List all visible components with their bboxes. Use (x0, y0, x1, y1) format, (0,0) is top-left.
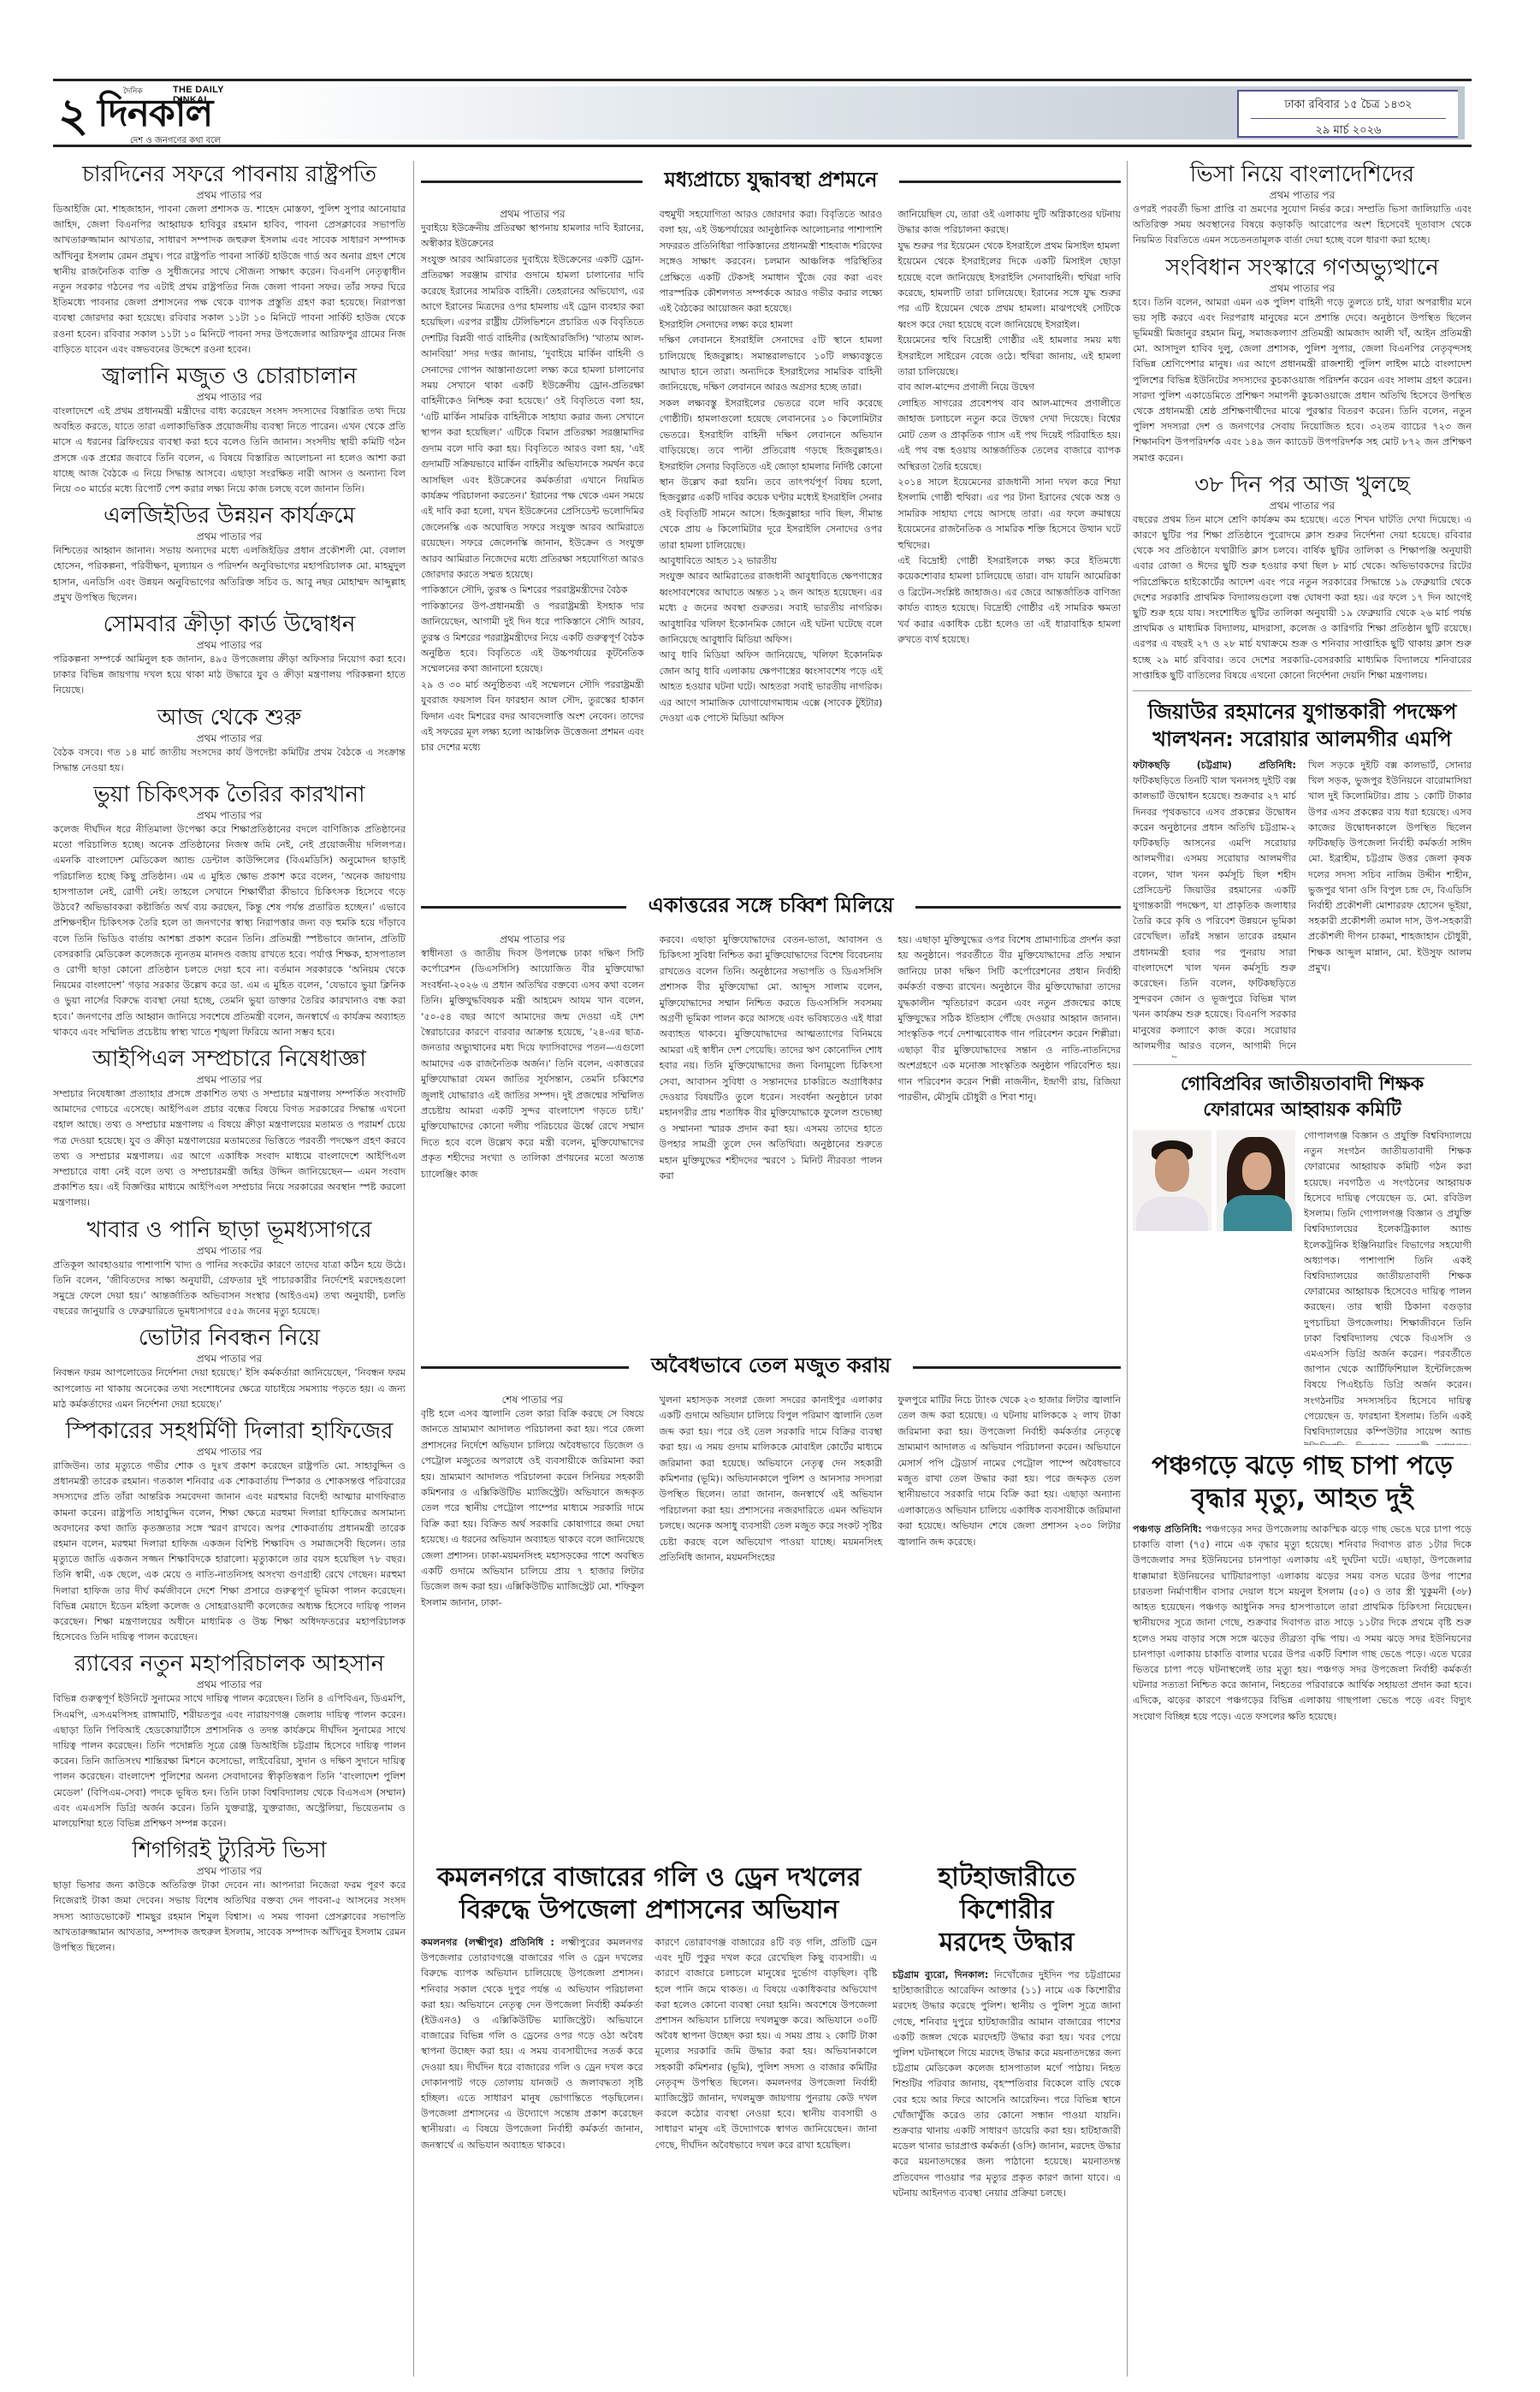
portrait-photo-man (1133, 1130, 1211, 1231)
story-hathazari: হাটহাজারীতে কিশোরীর মরদেহ উদ্ধার চট্টগ্র… (892, 1862, 1121, 2298)
headline: ভোটার নিবন্ধন নিয়ে (53, 1324, 406, 1352)
banner-rule (421, 1366, 629, 1369)
story-text: নিখোঁজের দুইদিন পর চট্টগ্রামের হাটহাজারী… (892, 1969, 1121, 2199)
divider (1133, 1064, 1472, 1065)
continued-label: প্রথম পাতার পর (53, 1244, 406, 1258)
story-visa-bangladeshis: ভিসা নিয়ে বাংলাদেশিদের প্রথম পাতার পর ও… (1133, 161, 1472, 249)
photo-shirt (1136, 1197, 1208, 1231)
story-body: স্বাধীনতা ও জাতীয় দিবস উপলক্ষে ঢাকা দক্… (421, 946, 644, 1182)
headline: র‍্যাবের নতুন মহাপরিচালক আহসান (53, 1650, 406, 1678)
story-middle-east: মধ্যপ্রাচ্যে যুদ্ধাবস্থা প্রশমনে প্রথম প… (421, 161, 1121, 883)
story-fuel-stock: জ্বালানি মজুত ও চোরাচালান প্রথম পাতার পর… (53, 363, 406, 497)
headline-line1: পঞ্চগড়ে ঝড়ে গাছ চাপা পড়ে (1133, 1450, 1472, 1483)
story-canal-digging: জিয়াউর রহমানের যুগান্তকারী পদক্ষেপ খালখ… (1133, 698, 1472, 1057)
continued-label: প্রথম পাতার পর (53, 808, 406, 822)
story-body: বছরের প্রথম তিন মাসে শ্রেণি কার্যক্রম কম… (1133, 512, 1472, 684)
continued-label: প্রথম পাতার পর (53, 1864, 406, 1878)
story-body: ডিআইজি মো. শাহজাহান, পাবনা জেলা প্রশাসক … (53, 202, 406, 358)
headline: সংবিধান সংস্কারে গণঅভ্যুত্থানে (1133, 254, 1472, 281)
story-rab-dg: র‍্যাবের নতুন মহাপরিচালক আহসান প্রথম পাত… (53, 1650, 406, 1832)
right-column: ভিসা নিয়ে বাংলাদেশিদের প্রথম পাতার পর ও… (1133, 161, 1472, 1809)
story-constitution-reform: সংবিধান সংস্কারে গণঅভ্যুত্থানে প্রথম পাত… (1133, 254, 1472, 466)
headline: চারদিনের সফরে পাবনায় রাষ্ট্রপতি (53, 161, 406, 188)
date-english: ২৯ মার্চ ২০২৬ (1239, 119, 1458, 140)
continued-label: প্রথম পাতার পর (53, 188, 406, 202)
column-divider (413, 161, 414, 2377)
story-body: সম্প্রচার নিষেধাজ্ঞা প্রত্যাহার প্রসঙ্গে… (53, 1086, 406, 1211)
headline: এলজিইডির উন্নয়ন কার্যক্রমে (53, 502, 406, 530)
story-mediterranean: খাবার ও পানি ছাড়া ভূমধ্যসাগরে প্রথম পাত… (53, 1217, 406, 1320)
headline-line1: জিয়াউর রহমানের যুগান্তকারী পদক্ষেপ (1133, 698, 1472, 725)
story-body: বাংলাদেশে এই প্রথম প্রধানমন্ত্রী মন্ত্রী… (53, 404, 406, 497)
story-body: ছাড়া ভিসার জন্য কাউকে অতিরিক্ত টাকা দেব… (53, 1878, 406, 1956)
story-text: ফটিকছড়িতে তিনটি খাল খননসহ দুইটি বক্স কা… (1133, 775, 1296, 1057)
story-body: চট্টগ্রাম ব্যুরো, দিনকাল: নিখোঁজের দুইদি… (892, 1968, 1121, 2293)
headline: সোমবার ক্রীড়া কার্ড উদ্বোধন (53, 611, 406, 638)
text-column: প্রথম পাতার পর স্বাধীনতা ও জাতীয় দিবস উ… (421, 933, 644, 1343)
continued-label: প্রথম পাতার পর (53, 1073, 406, 1086)
headline-line2: খালখনন: সরোয়ার আলমগীর এমপি (1133, 725, 1472, 753)
continued-label: প্রথম পাতার পর (53, 731, 406, 745)
story-panchagarh-storm: পঞ্চগড়ে ঝড়ে গাছ চাপা পড়ে বৃদ্ধার মৃত্… (1133, 1450, 1472, 1804)
photo-face (1155, 1149, 1189, 1192)
headline-line2: ফোরামের আহ্বায়ক কমিটি (1133, 1098, 1472, 1123)
masthead-band: ঢাকা রবিবার ১৫ চৈত্র ১৪৩২ ২৯ মার্চ ২০২৬ (258, 86, 1465, 139)
story-body: বৃষ্টি হলে এসব জ্বালানি তেল কারা বিক্রি … (421, 1406, 644, 1611)
left-column: চারদিনের সফরে পাবনায় রাষ্ট্রপতি প্রথম প… (53, 161, 406, 1961)
story-body: খিল সড়কে দুইটি বক্স কালভার্ট, সোনার খিল… (1308, 758, 1472, 1057)
story-body: বিভিন্ন গুরুত্বপূর্ণ ইউনিটে সুনামের সাথে… (53, 1691, 406, 1832)
headline: একাত্তরের সঙ্গে চব্বিশ মিলিয়ে (649, 890, 894, 924)
story-columns: প্রথম পাতার পর দুবাইয়ে ইউক্রেনীয় প্রতি… (421, 207, 1121, 883)
photo-sari (1223, 1195, 1292, 1231)
story-gobipraba-forum: গোবিপ্রবির জাতীয়তাবাদী শিক্ষক ফোরামের আ… (1133, 1072, 1472, 1445)
headline: ভিসা নিয়ে বাংলাদেশিদের (1133, 161, 1472, 188)
headline-line2: বিরুদ্ধে উপজেলা প্রশাসনের অভিযান (421, 1894, 877, 1927)
middle-column: মধ্যপ্রাচ্যে যুদ্ধাবস্থা প্রশমনে প্রথম প… (421, 161, 1121, 2298)
story-starts-today: আজ থেকে শুরু প্রথম পাতার পর বৈঠক বসবে। গ… (53, 704, 406, 776)
headline-line1: গোবিপ্রবির জাতীয়তাবাদী শিক্ষক (1133, 1072, 1472, 1098)
story-columns: ফটাকছড়ি (চট্টগ্রাম) প্রতিনিধি: ফটিকছড়ি… (1133, 758, 1472, 1057)
story-body: করবে। এছাড়া মুক্তিযোদ্ধাদের বেতন-ভাতা, … (660, 933, 883, 1338)
page-number: ২ (58, 92, 88, 139)
story-body: প্রতিকূল আবহাওয়ার পাশাপাশি খাদ্য ও পানি… (53, 1258, 406, 1320)
text-column: শেষ পাতার পর বৃষ্টি হলে এসব জ্বালানি তেল… (421, 1393, 644, 1846)
story-body: নিশ্চিতের আহ্বান জানান। সভায় অন্যদের মধ… (53, 543, 406, 606)
banner-rule (421, 181, 643, 183)
headline: আইপিএল সম্প্রচারে নিষেধাজ্ঞা (53, 1045, 406, 1073)
column-divider (1127, 161, 1128, 2377)
story-body: খুলনা মহাসড়ক সংলগ্ন জেলা সদরের কানাইপুর… (660, 1393, 883, 1841)
continued-label: শেষ পাতার পর (421, 1393, 644, 1406)
story-body: ফটাকছড়ি (চট্টগ্রাম) প্রতিনিধি: ফটিকছড়ি… (1133, 758, 1296, 1057)
byline: চট্টগ্রাম ব্যুরো, দিনকাল: (892, 1969, 988, 1981)
story-illegal-oil: অবৈধভাবে তেল মজুত করায় শেষ পাতার পর বৃষ… (421, 1347, 1121, 1846)
continued-label: প্রথম পাতার পর (1133, 499, 1472, 512)
story-voter-registration: ভোটার নিবন্ধন নিয়ে প্রথম পাতার পর নিবন্… (53, 1324, 406, 1412)
logo-wordmark: দিনকাল (98, 93, 212, 134)
date-bangla: ঢাকা রবিবার ১৫ চৈত্র ১৪৩২ (1251, 92, 1446, 119)
continued-label: প্রথম পাতার পর (53, 1678, 406, 1691)
story-schools-reopen: ৩৮ দিন পর আজ খুলছে প্রথম পাতার পর বছরের … (1133, 471, 1472, 684)
byline: পঞ্চগড় প্রতিনিধি: (1133, 1524, 1202, 1535)
story-body: বৈঠক বসবে। গত ১৪ মার্চ জাতীয় সংসদের কার… (53, 745, 406, 776)
story-body: বহুমুখী সহযোগিতা আরও জোরদার করা। বিবৃতিত… (660, 207, 883, 878)
date-box: ঢাকা রবিবার ১৫ চৈত্র ১৪৩২ ২৯ মার্চ ২০২৬ (1237, 90, 1458, 138)
story-body: পঞ্চগড় প্রতিনিধি: পঞ্চগড়ের সদর উপজেলায… (1133, 1522, 1472, 1804)
continued-label: প্রথম পাতার পর (1133, 188, 1472, 202)
story-body: গোপালগঞ্জ বিজ্ঞান ও প্রযুক্তি বিশ্ববিদ্য… (1304, 1128, 1472, 1445)
logo-tagline: দেশ ও জনগণের কথা বলে (130, 134, 221, 149)
newspaper-page: ২ দৈনিক THE DAILY DINKAL দিনকাল দেশ ও জন… (53, 79, 1472, 2380)
portrait-photo-woman (1217, 1130, 1295, 1231)
headline-line1: কমলনগরে বাজারের গলি ও ড্রেন দখলের (421, 1862, 877, 1894)
continued-label: প্রথম পাতার পর (421, 933, 644, 946)
story-president-pabna: চারদিনের সফরে পাবনায় রাষ্ট্রপতি প্রথম প… (53, 161, 406, 358)
continued-label: প্রথম পাতার পর (53, 638, 406, 652)
logo: দৈনিক THE DAILY DINKAL দিনকাল দেশ ও জনগণ… (98, 85, 252, 143)
story-columns: কমলনগর (লক্ষ্মীপুর) প্রতিনিধি : লক্ষ্মীপ… (421, 1935, 877, 2260)
story-body: কমলনগর (লক্ষ্মীপুর) প্রতিনিধি : লক্ষ্মীপ… (421, 1935, 643, 2255)
continued-label: প্রথম পাতার পর (421, 207, 644, 221)
story-columns: শেষ পাতার পর বৃষ্টি হলে এসব জ্বালানি তেল… (421, 1393, 1121, 1846)
story-ipl-ban: আইপিএল সম্প্রচারে নিষেধাজ্ঞা প্রথম পাতার… (53, 1045, 406, 1211)
continued-label: প্রথম পাতার পর (53, 390, 406, 404)
divider (1133, 690, 1472, 691)
continued-label: প্রথম পাতার পর (53, 530, 406, 543)
story-kamalnagar: কমলনগরে বাজারের গলি ও ড্রেন দখলের বিরুদ্… (421, 1862, 877, 2298)
continued-label: প্রথম পাতার পর (53, 1352, 406, 1365)
continued-label: প্রথম পাতার পর (1133, 281, 1472, 295)
story-text: পঞ্চগড়ের সদর উপজেলায় আকস্মিক ঝড়ে গাছ … (1133, 1524, 1472, 1721)
headline: অবৈধভাবে তেল মজুত করায় (651, 1350, 891, 1384)
story-sports-card: সোমবার ক্রীড়া কার্ড উদ্বোধন প্রথম পাতার… (53, 611, 406, 699)
headline: স্পিকারের সহধর্মিণী দিলারা হাফিজের (53, 1418, 406, 1445)
headline: ৩৮ দিন পর আজ খুলছে (1133, 471, 1472, 499)
story-lged: এলজিইডির উন্নয়ন কার্যক্রমে প্রথম পাতার … (53, 502, 406, 606)
story-body: হবে। তিনি বলেন, আমরা এমন এক পুলিশ বাহিনী… (1133, 295, 1472, 466)
story-body: ফুলপুরে মাটির নিচে ট্যাংক থেকে ২৩ হাজার … (897, 1393, 1121, 1841)
byline: ফটাকছড়ি (চট্টগ্রাম) প্রতিনিধি: (1133, 760, 1296, 771)
headline-banner: একাত্তরের সঙ্গে চব্বিশ মিলিয়ে (421, 886, 1121, 927)
story-body: নিবন্ধন ফরম আপলোডের নির্দেশনা দেয়া হয়ে… (53, 1365, 406, 1412)
headline: ভুয়া চিকিৎসক তৈরির কারখানা (53, 781, 406, 808)
photo-face (1242, 1152, 1271, 1190)
headline: শিগগিরই ট্যুরিস্ট ভিসা (53, 1837, 406, 1864)
headline-line2: বৃদ্ধার মৃত্যু, আহত দুই (1133, 1483, 1472, 1515)
byline: কমলনগর (লক্ষ্মীপুর) প্রতিনিধি : (421, 1937, 554, 1948)
story-body: পরিকল্পনা সম্পর্কে আমিনুল হক জানান, ৪৯৫ … (53, 652, 406, 699)
story-fake-doctors: ভুয়া চিকিৎসক তৈরির কারখানা প্রথম পাতার … (53, 781, 406, 1040)
story-text: লক্ষ্মীপুরের কমলনগর উপজেলার তোরাবগঞ্জে ব… (421, 1937, 643, 2151)
headline-banner: মধ্যপ্রাচ্যে যুদ্ধাবস্থা প্রশমনে (421, 161, 1121, 202)
banner-rule (421, 906, 626, 909)
text-column: প্রথম পাতার পর দুবাইয়ে ইউক্রেনীয় প্রতি… (421, 207, 644, 883)
headline: খাবার ও পানি ছাড়া ভূমধ্যসাগরে (53, 1217, 406, 1244)
story-body: জানিয়েছিল যে, তারা ওই এলাকায় দুটি অগ্ন… (897, 207, 1121, 878)
continued-label: প্রথম পাতার পর (53, 1445, 406, 1459)
story-columns: প্রথম পাতার পর স্বাধীনতা ও জাতীয় দিবস উ… (421, 933, 1121, 1343)
banner-rule (915, 906, 1121, 909)
headline: মধ্যপ্রাচ্যে যুদ্ধাবস্থা প্রশমনে (665, 164, 878, 198)
story-body: ওপরই পরবর্তী ভিসা প্রাপ্তি বা ভ্রমণের সু… (1133, 202, 1472, 249)
headline: আজ থেকে শুরু (53, 704, 406, 731)
story-body: কারণে তোরাবগঞ্জ বাজারের ৪টি বড় গলি, প্র… (655, 1935, 878, 2255)
story-71-24: একাত্তরের সঙ্গে চব্বিশ মিলিয়ে প্রথম পাত… (421, 886, 1121, 1343)
story-body: রাজিউন। তার মৃত্যুতে গভীর শোক ও দুঃখ প্র… (53, 1459, 406, 1645)
headline-banner: অবৈধভাবে তেল মজুত করায় (421, 1347, 1121, 1388)
photo-row (1133, 1130, 1295, 1231)
headline-line2: মরদেহ উদ্ধার (892, 1927, 1121, 1959)
headline: জ্বালানি মজুত ও চোরাচালান (53, 363, 406, 390)
story-tourist-visa: শিগগিরই ট্যুরিস্ট ভিসা প্রথম পাতার পর ছা… (53, 1837, 406, 1956)
story-body: হয়। এছাড়া মুক্তিযুদ্ধের ওপর বিশেষ প্রা… (897, 933, 1121, 1338)
story-dilara-hafiz: স্পিকারের সহধর্মিণী দিলারা হাফিজের প্রথম… (53, 1418, 406, 1645)
bottom-stories: কমলনগরে বাজারের গলি ও ড্রেন দখলের বিরুদ্… (421, 1862, 1121, 2298)
headline-line1: হাটহাজারীতে কিশোরীর (892, 1862, 1121, 1927)
masthead: ২ দৈনিক THE DAILY DINKAL দিনকাল দেশ ও জন… (53, 79, 1472, 147)
banner-rule (899, 181, 1121, 183)
story-body: কলেজ দীর্ঘদিন ধরে নীতিমালা উপেক্ষা করে শ… (53, 822, 406, 1040)
story-body: দুবাইয়ে ইউক্রেনীয় প্রতিরক্ষা স্থাপনায়… (421, 221, 644, 756)
banner-rule (913, 1366, 1121, 1369)
